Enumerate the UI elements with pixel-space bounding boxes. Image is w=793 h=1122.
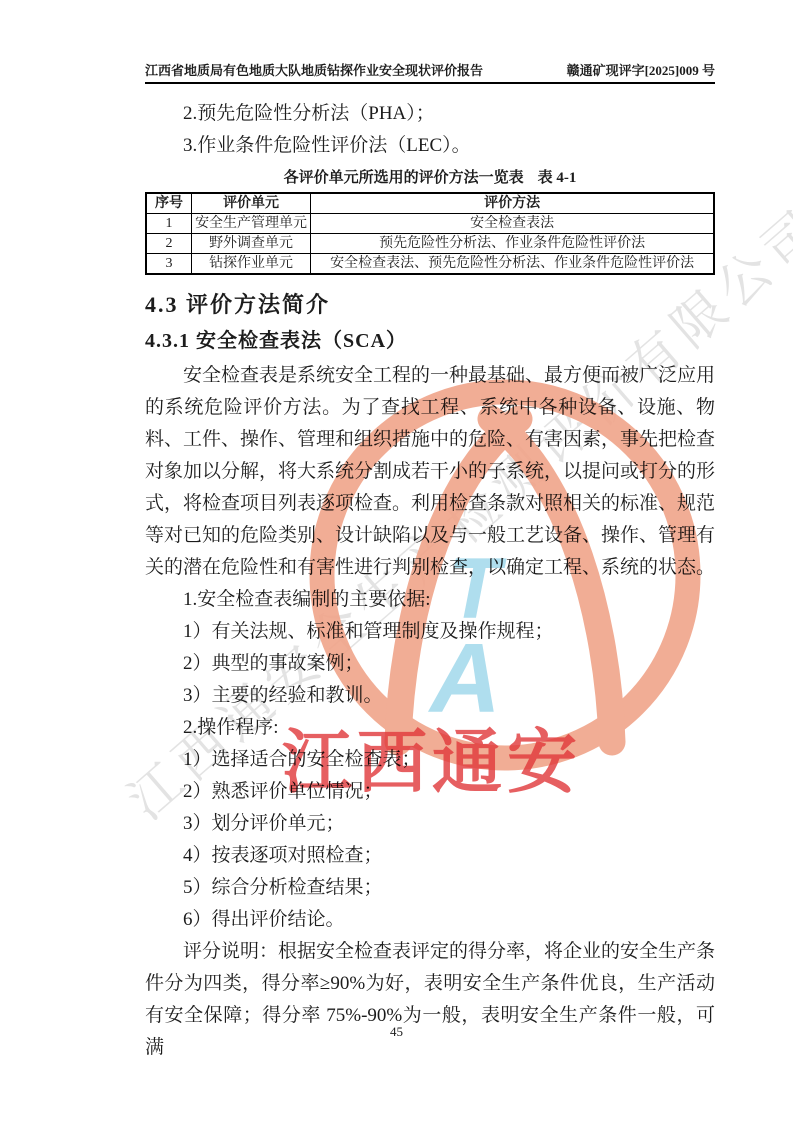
- cell-method: 预先危险性分析法、作业条件危险性评价法: [311, 234, 714, 254]
- cell-method: 安全检查表法: [311, 214, 714, 234]
- list2-title: 2.操作程序:: [145, 712, 715, 744]
- cell-index: 1: [146, 214, 191, 234]
- list2-item: 5）综合分析检查结果；: [145, 872, 715, 904]
- document-body: 2.预先危险性分析法（PHA）；3.作业条件危险性评价法（LEC）。 各评价单元…: [145, 98, 715, 1064]
- list2-item: 2）熟悉评价单位情况；: [145, 776, 715, 808]
- cell-index: 3: [146, 254, 191, 275]
- page-header: 江西省地质局有色地质大队地质钻探作业安全现状评价报告 赣通矿现评字[2025]0…: [145, 60, 715, 84]
- list1-item: 1）有关法规、标准和管理制度及操作规程；: [145, 616, 715, 648]
- list2-item: 1）选择适合的安全检查表；: [145, 744, 715, 776]
- header-report-title: 江西省地质局有色地质大队地质钻探作业安全现状评价报告: [145, 60, 483, 79]
- table-header-row: 序号 评价单元 评价方法: [146, 193, 714, 214]
- header-document-number: 赣通矿现评字[2025]009 号: [567, 60, 715, 79]
- table-row: 3 钻探作业单元 安全检查表法、预先危险性分析法、作业条件危险性评价法: [146, 254, 714, 275]
- table-caption-text: 各评价单元所选用的评价方法一览表: [284, 170, 524, 186]
- list2-item: 3）划分评价单元；: [145, 808, 715, 840]
- cell-unit: 野外调查单元: [191, 234, 310, 254]
- numbered-method-line: 3.作业条件危险性评价法（LEC）。: [145, 130, 715, 162]
- cell-unit: 安全生产管理单元: [191, 214, 310, 234]
- cell-index: 2: [146, 234, 191, 254]
- col-header-method: 评价方法: [311, 193, 714, 214]
- body-paragraph-2: 评分说明：根据安全检查表评定的得分率，将企业的安全生产条件分为四类，得分率≥90…: [145, 936, 715, 1064]
- table-number-label: 表 4-1: [538, 170, 577, 186]
- list1-title: 1.安全检查表编制的主要依据:: [145, 584, 715, 616]
- subsection-heading: 4.3.1 安全检查表法（SCA）: [145, 327, 715, 355]
- list1-item: 3）主要的经验和教训。: [145, 680, 715, 712]
- table-caption: 各评价单元所选用的评价方法一览表表 4-1: [145, 165, 715, 191]
- numbered-method-line: 2.预先危险性分析法（PHA）；: [145, 98, 715, 130]
- page-number: 45: [0, 1024, 793, 1040]
- col-header-index: 序号: [146, 193, 191, 214]
- body-paragraph-1: 安全检查表是系统安全工程的一种最基础、最方便而被广泛应用的系统危险评价方法。为了…: [145, 360, 715, 584]
- table-row: 2 野外调查单元 预先危险性分析法、作业条件危险性评价法: [146, 234, 714, 254]
- section-heading: 4.3 评价方法简介: [145, 290, 715, 320]
- cell-method: 安全检查表法、预先危险性分析法、作业条件危险性评价法: [311, 254, 714, 275]
- list2-item: 6）得出评价结论。: [145, 904, 715, 936]
- evaluation-methods-table: 序号 评价单元 评价方法 1 安全生产管理单元 安全检查表法 2 野外调查单元 …: [145, 192, 715, 275]
- col-header-unit: 评价单元: [191, 193, 310, 214]
- document-page: 江西省地质局有色地质大队地质钻探作业安全现状评价报告 赣通矿现评字[2025]0…: [0, 0, 793, 1122]
- list1-item: 2）典型的事故案例；: [145, 648, 715, 680]
- cell-unit: 钻探作业单元: [191, 254, 310, 275]
- table-row: 1 安全生产管理单元 安全检查表法: [146, 214, 714, 234]
- list2-item: 4）按表逐项对照检查；: [145, 840, 715, 872]
